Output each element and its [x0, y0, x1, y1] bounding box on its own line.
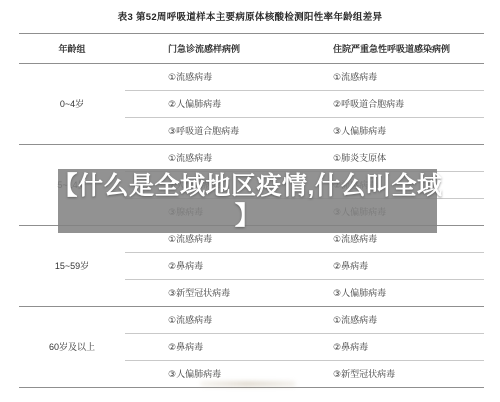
watermark-banner: 【什么是全域地区疫情,什么叫全域 】 [58, 169, 437, 233]
pathogen-subrows: ①流感病毒 ①流感病毒 ②人偏肺病毒 ②呼吸道合胞病毒 ③呼吸道合胞病毒 ③人偏… [125, 64, 484, 144]
pathogen-subrow: ①流感病毒 ①流感病毒 [125, 307, 484, 333]
table-row: 0~4岁 ①流感病毒 ①流感病毒 ②人偏肺病毒 ②呼吸道合胞病毒 ③呼吸道合胞病… [19, 64, 484, 145]
outpatient-cell: ②人偏肺病毒 [125, 97, 290, 110]
inpatient-cell: ①肺炎支原体 [290, 151, 484, 164]
age-group-label: 60岁及以上 [19, 307, 125, 387]
watermark-text-line2: 】 [235, 201, 261, 231]
page-title: 表3 第52周呼吸道样本主要病原体核酸检测阳性率年龄组差异 [0, 9, 500, 23]
inpatient-cell: ②呼吸道合胞病毒 [290, 97, 484, 110]
table-row: 15~59岁 ①流感病毒 ①流感病毒 ②鼻病毒 ②鼻病毒 ③新型冠状病毒 ③人偏… [19, 226, 484, 307]
outpatient-cell: ①流感病毒 [125, 232, 290, 245]
pathogen-subrow: ②鼻病毒 ②鼻病毒 [125, 333, 484, 360]
outpatient-cell: ③新型冠状病毒 [125, 286, 290, 299]
pathogen-subrow: ②鼻病毒 ②鼻病毒 [125, 252, 484, 279]
header-age-group: 年龄组 [19, 42, 125, 55]
inpatient-cell: ③人偏肺病毒 [290, 286, 484, 299]
table-header-row: 年龄组 门急诊流感样病例 住院严重急性呼吸道感染病例 [19, 34, 484, 64]
inpatient-cell: ③人偏肺病毒 [290, 124, 484, 137]
outpatient-cell: ③人偏肺病毒 [125, 367, 290, 380]
header-inpatient: 住院严重急性呼吸道感染病例 [290, 42, 484, 55]
header-outpatient: 门急诊流感样病例 [125, 42, 290, 55]
pathogen-subrow: ③人偏肺病毒 ③新型冠状病毒 [125, 360, 484, 387]
watermark-text-line1: 【什么是全域地区疫情,什么叫全域 [53, 171, 443, 201]
pathogen-subrow: ①流感病毒 ①肺炎支原体 [125, 145, 484, 171]
pathogen-subrows: ①流感病毒 ①流感病毒 ②鼻病毒 ②鼻病毒 ③新型冠状病毒 ③人偏肺病毒 [125, 226, 484, 306]
inpatient-cell: ①流感病毒 [290, 70, 484, 83]
outpatient-cell: ②鼻病毒 [125, 259, 290, 272]
pathogen-subrow: ①流感病毒 ①流感病毒 [125, 64, 484, 90]
outpatient-cell: ①流感病毒 [125, 70, 290, 83]
inpatient-cell: ②鼻病毒 [290, 259, 484, 272]
pathogen-subrow: ③新型冠状病毒 ③人偏肺病毒 [125, 279, 484, 306]
table-row: 60岁及以上 ①流感病毒 ①流感病毒 ②鼻病毒 ②鼻病毒 ③人偏肺病毒 ③新型冠… [19, 307, 484, 388]
inpatient-cell: ①流感病毒 [290, 313, 484, 326]
inpatient-cell: ②鼻病毒 [290, 340, 484, 353]
outpatient-cell: ①流感病毒 [125, 151, 290, 164]
pathogen-subrow: ③呼吸道合胞病毒 ③人偏肺病毒 [125, 117, 484, 144]
screenshot-root: 表3 第52周呼吸道样本主要病原体核酸检测阳性率年龄组差异 年龄组 门急诊流感样… [0, 0, 500, 402]
bottom-smudge-mark [200, 381, 296, 387]
pathogen-subrows: ①流感病毒 ①流感病毒 ②鼻病毒 ②鼻病毒 ③人偏肺病毒 ③新型冠状病毒 [125, 307, 484, 387]
outpatient-cell: ①流感病毒 [125, 313, 290, 326]
pathogen-subrow: ②人偏肺病毒 ②呼吸道合胞病毒 [125, 90, 484, 117]
inpatient-cell: ③新型冠状病毒 [290, 367, 484, 380]
age-group-label: 0~4岁 [19, 64, 125, 144]
outpatient-cell: ②鼻病毒 [125, 340, 290, 353]
inpatient-cell: ①流感病毒 [290, 232, 484, 245]
age-group-label: 15~59岁 [19, 226, 125, 306]
outpatient-cell: ③呼吸道合胞病毒 [125, 124, 290, 137]
